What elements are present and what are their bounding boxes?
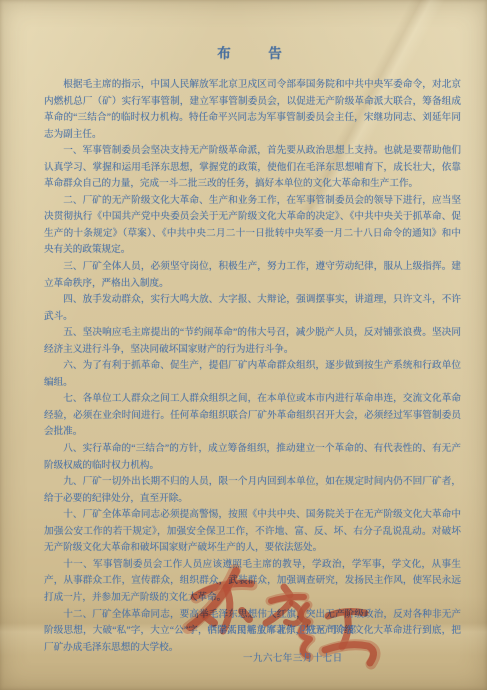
notice-paragraph: 三、厂矿全体人员，必须坚守岗位，积极生产，努力工作，遵守劳动纪律，服从上级指挥。…: [44, 259, 461, 292]
notice-paragraph: 一、军事管制委员会坚决支持无产阶级革命派，首先要从政治思想上支持。也就是要帮助他…: [44, 143, 461, 193]
notice-paragraph: 七、各单位工人群众之间工人群众组织之间，在本单位或本市内进行革命串连，交流文化革…: [44, 391, 461, 441]
notice-paragraph: 四、放手发动群众，实行大鸣大放、大字报、大辩论，强调摆事实，讲道理，只许文斗，不…: [44, 292, 461, 325]
notice-paragraph: 十一、军事管制委员会工作人员应该遵照毛主席的教导，学政治，学军事，学文化，从事生…: [44, 557, 461, 607]
scanned-notice-page: 布 告 根据毛主席的指示，中国人民解放军北京卫戍区司令部奉国务院和中共中央军委命…: [0, 0, 487, 690]
notice-paragraph: 六、为了有利于抓革命、促生产，提倡厂矿内革命群众组织，逐步做到按生产系统和行政单…: [44, 358, 461, 391]
notice-paragraph: 根据毛主席的指示，中国人民解放军北京卫戍区司令部奉国务院和中共中央军委命令，对北…: [44, 77, 461, 143]
notice-title: 布 告: [12, 42, 487, 62]
notice-paragraph: 八、实行革命的“三结合”的方针，成立筹备组织，推动建立一个革命的、有代表性的、有…: [44, 441, 461, 474]
notice-paragraph: 十、厂矿全体革命同志必须提高警惕，按照《中共中央、国务院关于在无产阶级文化大革命…: [44, 507, 461, 557]
issuer-signature: 中国人民解放军北京卫戍区司令部: [207, 622, 357, 636]
notice-paragraph: 九、厂矿一切外出长期不归的人员，限一个月内回到本单位，如在规定时间内仍不回厂矿者…: [44, 474, 461, 507]
notice-body: 根据毛主席的指示，中国人民解放军北京卫戍区司令部奉国务院和中共中央军委命令，对北…: [44, 77, 461, 656]
notice-paragraph: 二、厂矿的无产阶级文化大革命、生产和业务工作，在军事管制委员会的领导下进行，应当…: [44, 193, 461, 259]
notice-paragraph: 五、坚决响应毛主席提出的“节约闹革命”的伟大号召，减少脱产人员，反对铺张浪费。坚…: [44, 325, 461, 358]
issue-date: 一九六七年三月十七日: [243, 650, 343, 664]
